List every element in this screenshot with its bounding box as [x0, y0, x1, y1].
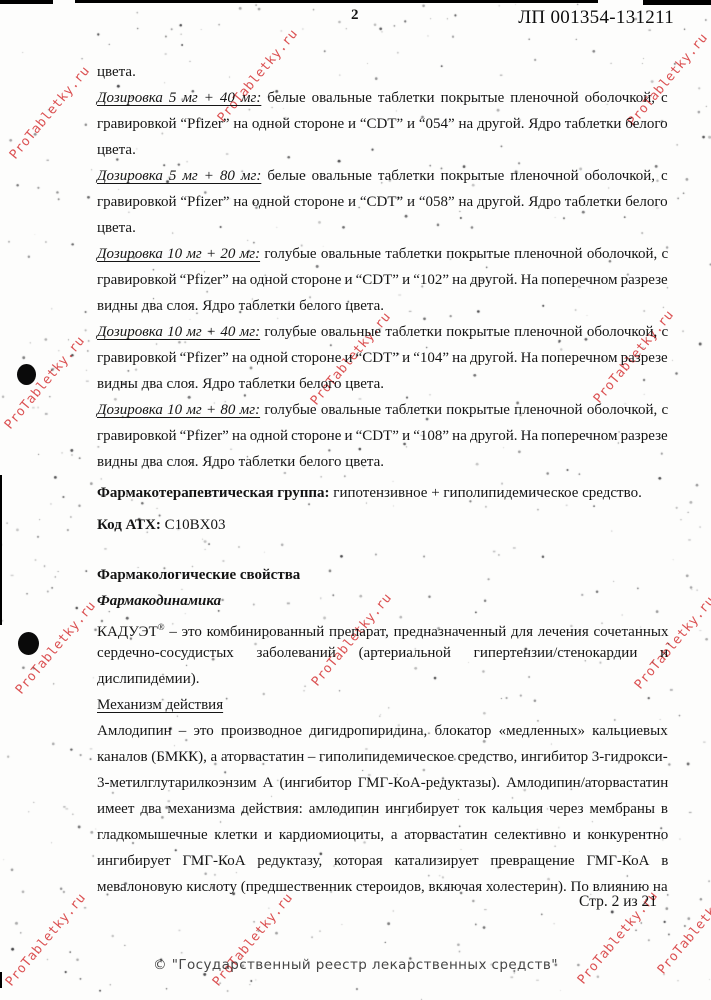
- paragraph-line: КАДУЭТ® – это комбинированный препарат, …: [97, 614, 668, 640]
- pharm-group-value: гипотензивное + гиполипидемическое средс…: [333, 485, 642, 501]
- paragraph-line: каналов (БМКК), а аторвастатин – гиполип…: [97, 744, 668, 770]
- atc-value: C10BX03: [165, 517, 226, 533]
- paragraph-line: 3-метилглутарилкоэнзим А (ингибитор ГМГ-…: [97, 770, 668, 796]
- copyright-line: © "Государственный реестр лекарственных …: [0, 957, 711, 973]
- document-body: цвета. Дозировка 5 мг + 40 мг: белые ова…: [97, 59, 668, 900]
- paragraph-line: сердечно-сосудистых заболеваний (артериа…: [97, 640, 668, 666]
- paragraph-line: гравировкой “Pfizer” на одной стороне и …: [97, 111, 668, 137]
- pharm-group-label: Фармакотерапевтическая группа:: [97, 485, 330, 501]
- paragraph-line: Дозировка 5 мг + 40 мг: белые овальные т…: [97, 85, 668, 111]
- paragraph-line: гравировкой “Pfizer” на одной стороне и …: [97, 189, 668, 215]
- paragraph-line: дислипидемии).: [97, 666, 668, 692]
- dosage-heading: Дозировка 5 мг + 80 мг:: [97, 168, 261, 184]
- atc-label: Код АТХ:: [97, 517, 161, 533]
- page-info: Стр. 2 из 21: [579, 893, 657, 911]
- paragraph-line: видны два слоя. Ядро таблетки белого цве…: [97, 293, 668, 319]
- paragraph-line: цвета.: [97, 215, 668, 241]
- mechanism-paragraph: Амлодипин – это производное дигидропирид…: [97, 718, 668, 900]
- watermark-text: ProTabletky.ru: [3, 891, 89, 990]
- paragraph-text: – это комбинированный препарат, предназн…: [169, 624, 668, 640]
- pharm-group-line: Фармакотерапевтическая группа: гипотензи…: [97, 480, 668, 506]
- scan-edge-left-line-bottom: [0, 972, 2, 988]
- paragraph-line: Дозировка 10 мг + 80 мг: голубые овальны…: [97, 397, 668, 423]
- dosage-heading: Дозировка 10 мг + 40 мг:: [97, 324, 260, 340]
- paragraph-line: ингибирует ГМГ-КоА редуктазу, которая ка…: [97, 848, 668, 874]
- registered-trademark-symbol: ®: [158, 622, 165, 632]
- dosage-heading: Дозировка 5 мг + 40 мг:: [97, 90, 261, 106]
- scan-edge-left-line: [0, 475, 2, 625]
- watermark-text: ProTabletky.ru: [7, 64, 93, 163]
- paragraph-line: гравировкой “Pfizer” на одной стороне и …: [97, 423, 668, 449]
- paragraph-line: Дозировка 10 мг + 40 мг: голубые овальны…: [97, 319, 668, 345]
- paragraph-line: гладкомышечные клетки и кардиомиоциты, а…: [97, 822, 668, 848]
- paragraph-line: видны два слоя. Ядро таблетки белого цве…: [97, 449, 668, 475]
- paragraph-line: имеет два механизма действия: амлодипин …: [97, 796, 668, 822]
- brand-name: КАДУЭТ: [97, 624, 158, 640]
- pharmacodynamics-title: Фармакодинамика: [97, 588, 668, 614]
- paragraph-line: Амлодипин – это производное дигидропирид…: [97, 718, 668, 744]
- registration-number: ЛП 001354-131211: [518, 7, 674, 29]
- dosage-heading: Дозировка 10 мг + 20 мг:: [97, 246, 260, 262]
- scan-edge-top-right: [643, 0, 711, 5]
- watermark-text: ProTabletky.ru: [2, 334, 88, 433]
- page-number: 2: [351, 7, 359, 24]
- dosage-heading: Дозировка 10 мг + 80 мг:: [97, 402, 260, 418]
- scan-edge-top-middle: [75, 0, 598, 3]
- mechanism-title: Механизм действия: [97, 692, 668, 718]
- paragraph-line: гравировкой “Pfizer” на одной стороне и …: [97, 267, 668, 293]
- scanned-document-page: 2 ЛП 001354-131211 цвета. Дозировка 5 мг…: [0, 0, 711, 1000]
- watermark-text: ProTabletky.ru: [210, 891, 296, 990]
- section-title: Фармакологические свойства: [97, 562, 668, 588]
- paragraph-line: видны два слоя. Ядро таблетки белого цве…: [97, 371, 668, 397]
- hole-punch-mark: [18, 632, 39, 655]
- paragraph-line: цвета.: [97, 59, 668, 85]
- paragraph-line: Дозировка 5 мг + 80 мг: белые овальные т…: [97, 163, 668, 189]
- dosage-paragraphs: Дозировка 5 мг + 40 мг: белые овальные т…: [97, 85, 668, 475]
- paragraph-line: гравировкой “Pfizer” на одной стороне и …: [97, 345, 668, 371]
- hole-punch-mark: [17, 364, 36, 385]
- paragraph-line: цвета.: [97, 137, 668, 163]
- kaduet-paragraph-lines: сердечно-сосудистых заболеваний (артериа…: [97, 640, 668, 692]
- atc-code-line: Код АТХ: C10BX03: [97, 512, 668, 538]
- paragraph-line: Дозировка 10 мг + 20 мг: голубые овальны…: [97, 241, 668, 267]
- scan-edge-top-left: [0, 0, 53, 4]
